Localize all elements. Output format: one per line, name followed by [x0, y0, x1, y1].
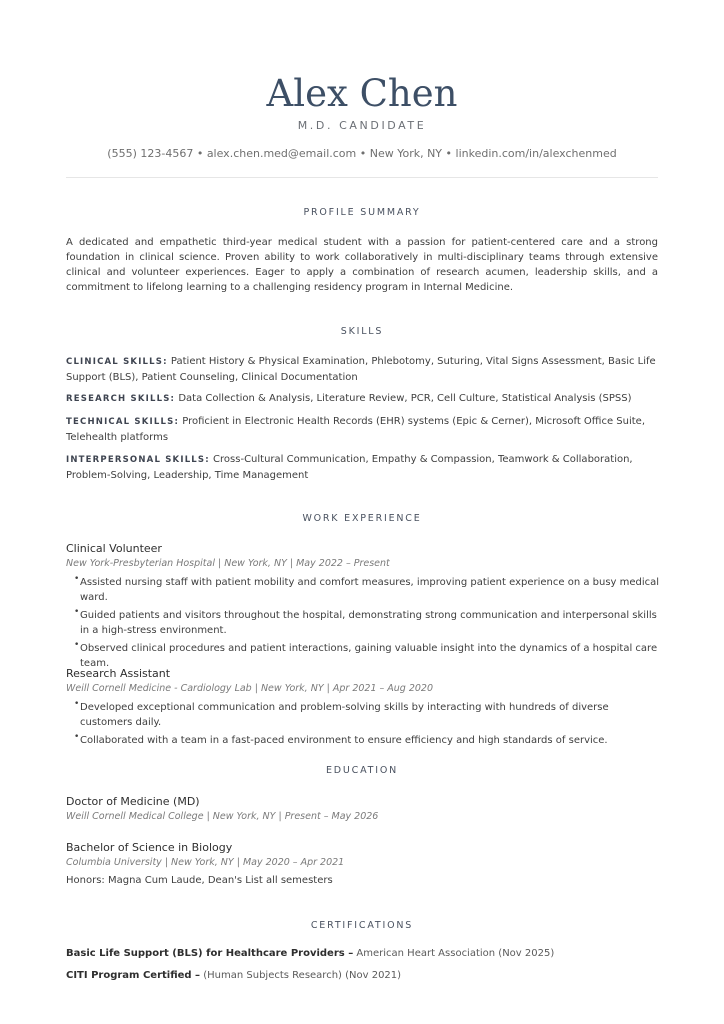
- cert-name: Basic Life Support (BLS) for Healthcare …: [66, 948, 353, 959]
- bullet-icon: •: [74, 572, 79, 587]
- job-title: Research Assistant: [66, 667, 170, 680]
- bullet-icon: •: [74, 730, 79, 745]
- bullet-icon: •: [74, 605, 79, 620]
- degree-meta: Weill Cornell Medical College | New York…: [66, 811, 378, 822]
- bullet-item: •Developed exceptional communication and…: [80, 700, 660, 730]
- education-heading: EDUCATION: [66, 765, 658, 776]
- degree-meta: Columbia University | New York, NY | May…: [66, 857, 344, 868]
- bullet-text: Developed exceptional communication and …: [80, 702, 609, 728]
- skill-label: INTERPERSONAL SKILLS:: [66, 455, 210, 465]
- candidate-name: Alex Chen: [66, 72, 658, 115]
- bullet-text: Observed clinical procedures and patient…: [80, 643, 657, 669]
- degree-honors: Honors: Magna Cum Laude, Dean's List all…: [66, 875, 333, 886]
- cert-item: Basic Life Support (BLS) for Healthcare …: [66, 948, 554, 959]
- header-divider: [66, 177, 658, 178]
- profile-heading: PROFILE SUMMARY: [66, 207, 658, 218]
- skill-value: Data Collection & Analysis, Literature R…: [178, 393, 631, 404]
- skill-research: RESEARCH SKILLS: Data Collection & Analy…: [66, 391, 658, 407]
- bullet-text: Assisted nursing staff with patient mobi…: [80, 577, 659, 603]
- contact-line: (555) 123-4567 • alex.chen.med@email.com…: [66, 147, 658, 160]
- cert-name: CITI Program Certified –: [66, 970, 200, 981]
- profile-text: A dedicated and empathetic third-year me…: [66, 235, 658, 295]
- bullet-icon: •: [74, 638, 79, 653]
- bullet-text: Guided patients and visitors throughout …: [80, 610, 657, 636]
- cert-detail: American Heart Association (Nov 2025): [356, 948, 554, 959]
- bullet-item: •Assisted nursing staff with patient mob…: [80, 575, 660, 605]
- skill-label: TECHNICAL SKILLS:: [66, 417, 179, 427]
- skill-technical: TECHNICAL SKILLS: Proficient in Electron…: [66, 414, 658, 445]
- job-meta: Weill Cornell Medicine - Cardiology Lab …: [66, 683, 433, 694]
- degree-title: Bachelor of Science in Biology: [66, 841, 232, 854]
- skill-interpersonal: INTERPERSONAL SKILLS: Cross-Cultural Com…: [66, 452, 658, 483]
- degree-title: Doctor of Medicine (MD): [66, 795, 200, 808]
- cert-detail: (Human Subjects Research) (Nov 2021): [203, 970, 401, 981]
- job-bullets: •Assisted nursing staff with patient mob…: [80, 575, 660, 674]
- job-bullets: •Developed exceptional communication and…: [80, 700, 660, 751]
- bullet-text: Collaborated with a team in a fast-paced…: [80, 735, 608, 746]
- skill-clinical: CLINICAL SKILLS: Patient History & Physi…: [66, 354, 658, 385]
- skills-heading: SKILLS: [66, 326, 658, 337]
- job-meta: New York-Presbyterian Hospital | New Yor…: [66, 558, 390, 569]
- cert-item: CITI Program Certified – (Human Subjects…: [66, 970, 401, 981]
- job-title: Clinical Volunteer: [66, 542, 162, 555]
- skill-label: CLINICAL SKILLS:: [66, 357, 168, 367]
- candidate-title: M.D. CANDIDATE: [66, 119, 658, 132]
- bullet-item: •Guided patients and visitors throughout…: [80, 608, 660, 638]
- experience-heading: WORK EXPERIENCE: [66, 513, 658, 524]
- skill-label: RESEARCH SKILLS:: [66, 394, 175, 404]
- bullet-icon: •: [74, 697, 79, 712]
- bullet-item: •Collaborated with a team in a fast-pace…: [80, 733, 660, 748]
- certifications-heading: CERTIFICATIONS: [66, 920, 658, 931]
